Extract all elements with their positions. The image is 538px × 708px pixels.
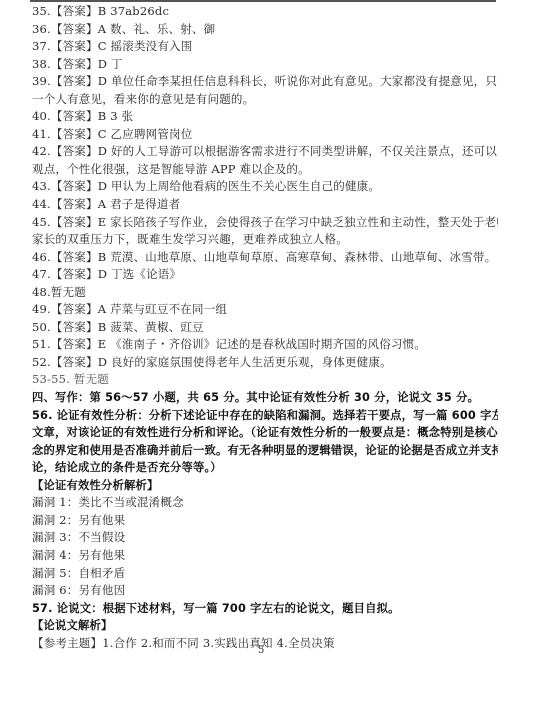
answer-45-cont: 家长的双重压力下，既难生发学习兴趣，更难养成独立人格。	[32, 231, 498, 249]
answer-46: 46.【答案】B 荒漠、山地草原、山地草甸草原、高寒草甸、森林带、山地草甸、冰雪…	[32, 249, 498, 267]
q56-line-1: 56. 论证有效性分析：分析下述论证中存在的缺陷和漏洞。选择若干要点，写一篇 6…	[32, 407, 498, 425]
answer-41: 41.【答案】C 乙应聘网管岗位	[32, 126, 498, 144]
answer-35: 35.【答案】B 37ab26dc	[32, 3, 498, 21]
no-question-53-55: 53-55. 暂无题	[32, 371, 498, 389]
q56-line-3: 念的界定和使用是否准确并前后一致。有无各种明显的逻辑错误，论证的论据是否成立并支…	[32, 442, 498, 460]
loophole-6: 漏洞 6：另有他因	[32, 582, 498, 600]
answer-45: 45.【答案】E 家长陪孩子写作业，会使得孩子在学习中缺乏独立性和主动性，整天处…	[32, 214, 498, 232]
writing-section-heading: 四、写作：第 56～57 小题，共 65 分。其中论证有效性分析 30 分，论说…	[32, 389, 498, 407]
q56-line-4: 论，结论成立的条件是否充分等等。）	[32, 459, 498, 477]
answer-48: 48.暂无题	[32, 284, 498, 302]
answer-51: 51.【答案】E 《淮南子・齐俗训》记述的是春秋战国时期齐国的风俗习惯。	[32, 336, 498, 354]
q56-analysis-title: 【论证有效性分析解析】	[32, 477, 498, 495]
q57-prompt: 57. 论说文：根据下述材料，写一篇 700 字左右的论说文，题目自拟。	[32, 600, 498, 618]
header-rule	[30, 0, 496, 2]
q57-reference-topics: 【参考主题】1.合作 2.和而不同 3.实践出真知 4.全员决策	[32, 635, 498, 653]
answer-43: 43.【答案】D 甲认为上周给他看病的医生不关心医生自己的健康。	[32, 178, 498, 196]
document-page: 35.【答案】B 37ab26dc 36.【答案】A 数、礼、乐、射、御 37.…	[32, 3, 498, 652]
answer-40: 40.【答案】B 3 张	[32, 108, 498, 126]
answer-44: 44.【答案】A 君子是得道者	[32, 196, 498, 214]
answer-36: 36.【答案】A 数、礼、乐、射、御	[32, 21, 498, 39]
answer-47: 47.【答案】D 丁选《论语》	[32, 266, 498, 284]
answer-42-cont: 观点，个性化很强，这是智能导游 APP 难以企及的。	[32, 161, 498, 179]
answer-37: 37.【答案】C 摇滚类没有入围	[32, 38, 498, 56]
answer-52: 52.【答案】D 良好的家庭氛围使得老年人生活更乐观，身体更健康。	[32, 354, 498, 372]
loophole-3: 漏洞 3：不当假设	[32, 529, 498, 547]
loophole-1: 漏洞 1：类比不当或混淆概念	[32, 494, 498, 512]
answer-42: 42.【答案】D 好的人工导游可以根据游客需求进行不同类型讲解，不仅关注景点，还…	[32, 143, 498, 161]
answer-39: 39.【答案】D 单位任命李某担任信息科科长，听说你对此有意见。大家都没有提意见…	[32, 73, 498, 91]
page-number: 5	[258, 645, 264, 656]
loophole-2: 漏洞 2：另有他果	[32, 512, 498, 530]
answer-39-cont: 一个人有意见，看来你的意见是有问题的。	[32, 91, 498, 109]
answer-50: 50.【答案】B 菠菜、黄椒、豇豆	[32, 319, 498, 337]
answer-49: 49.【答案】A 芹菜与豇豆不在同一组	[32, 301, 498, 319]
q57-analysis-title: 【论说文解析】	[32, 617, 498, 635]
loophole-5: 漏洞 5：自相矛盾	[32, 565, 498, 583]
answer-38: 38.【答案】D 丁	[32, 56, 498, 74]
q56-line-2: 文章，对该论证的有效性进行分析和评论。（论证有效性分析的一般要点是：概念特别是核…	[32, 424, 498, 442]
loophole-4: 漏洞 4：另有他果	[32, 547, 498, 565]
